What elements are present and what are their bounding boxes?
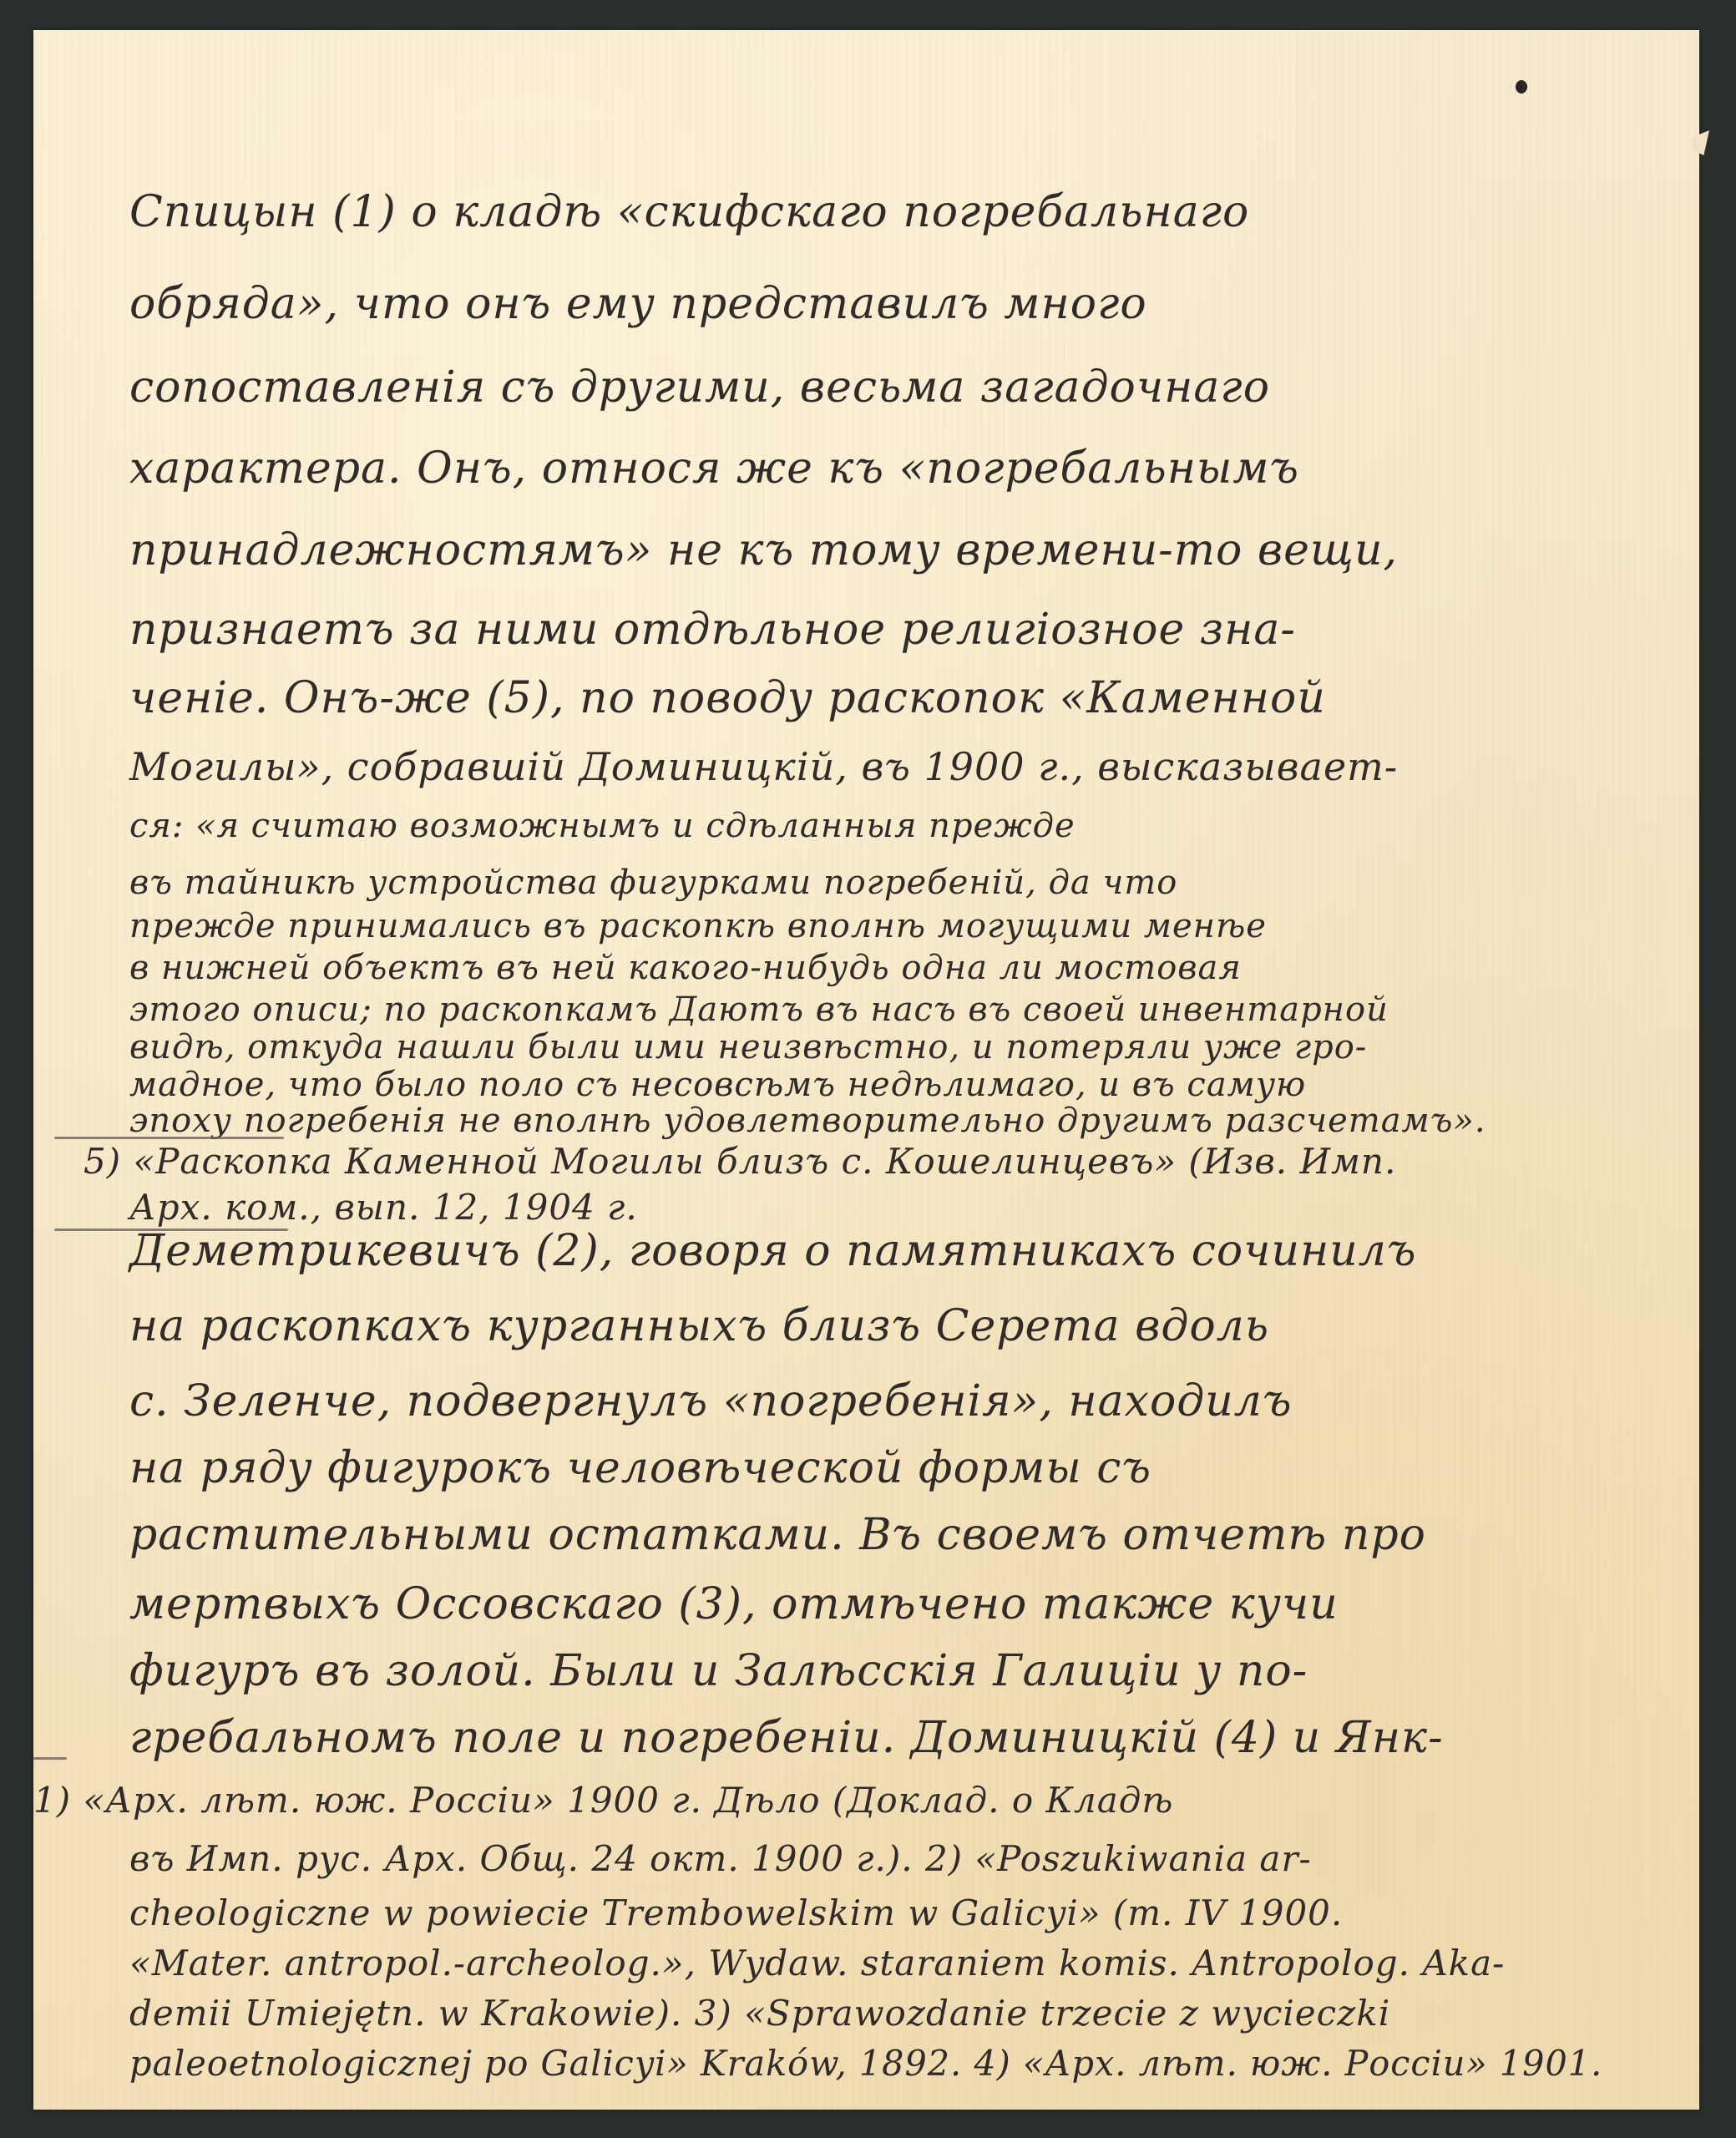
text-line: гребальномъ поле и погребеніи. Доминицкі…	[129, 1713, 1444, 1763]
footnote-line: cheologiczne w powiecie Trembowelskim w …	[129, 1892, 1343, 1933]
paper-tear	[1691, 130, 1709, 155]
text-line: обряда», что онъ ему представилъ много	[129, 279, 1147, 329]
text-line: в нижней объектъ въ ней какого-нибудь од…	[129, 949, 1242, 987]
text-line: Деметрикевичъ (2), говоря о памятникахъ …	[129, 1226, 1417, 1276]
text-line: признаетъ за ними отдѣльное религіозное …	[129, 605, 1296, 655]
text-line: видѣ, откуда нашли были ими неизвѣстно, …	[129, 1028, 1367, 1066]
text-line: на раскопкахъ курганныхъ близъ Серета вд…	[129, 1301, 1269, 1351]
text-line: въ тайникѣ устройства фигурками погребен…	[129, 864, 1177, 902]
text-line: Могилы», собравшій Доминицкій, въ 1900 г…	[129, 744, 1398, 789]
text-line: этого описи; по раскопкамъ Даютъ въ насъ…	[129, 990, 1389, 1029]
text-line: принадлежностямъ» не къ тому времени-то …	[129, 525, 1398, 575]
text-line: фигуръ въ золой. Были и Залѣсскія Галиці…	[129, 1646, 1308, 1696]
footnote-line: «Mater. antropol.-archeolog.», Wydaw. st…	[129, 1943, 1505, 1983]
footnote-line: demii Umiejętn. w Krakowie). 3) «Sprawoz…	[129, 1993, 1390, 2034]
text-line: мадное, что было поло съ несовсѣмъ недѣл…	[129, 1066, 1306, 1104]
text-line: ся: «я считаю возможнымъ и сдѣланныя пре…	[129, 807, 1076, 845]
footnote-line: въ Имп. рус. Арх. Общ. 24 окт. 1900 г.).…	[129, 1838, 1312, 1879]
manuscript-page: Спицын (1) о кладѣ «скифскаго погребальн…	[33, 30, 1699, 2110]
footnote-rule	[54, 1137, 284, 1139]
footnote-rule	[33, 1757, 67, 1760]
text-line: сопоставленія съ другими, весьма загадоч…	[129, 362, 1270, 413]
text-line: прежде принимались въ раскопкѣ вполнѣ мо…	[129, 907, 1267, 945]
text-line: мертвыхъ Оссовскаго (3), отмѣчено также …	[129, 1579, 1339, 1629]
text-line: характера. Онъ, относя же къ «погребальн…	[129, 443, 1299, 494]
footnote-line: 5) «Раскопка Каменной Могилы близъ с. Ко…	[84, 1141, 1396, 1182]
text-line: Спицын (1) о кладѣ «скифскаго погребальн…	[129, 187, 1249, 237]
footnote-line: 1) «Арх. лѣт. юж. Россіи» 1900 г. Дѣло (…	[33, 1780, 1173, 1821]
text-line: ченіе. Онъ-же (5), по поводу раскопок «К…	[129, 673, 1326, 723]
footnote-line: Арх. ком., вып. 12, 1904 г.	[129, 1187, 638, 1228]
text-line: с. Зеленче, подвергнулъ «погребенія», на…	[129, 1376, 1293, 1426]
footnote-line: paleoetnologicznej po Galicyi» Kraków, 1…	[129, 2043, 1602, 2084]
ink-blot	[1516, 80, 1527, 94]
text-line: на ряду фигурокъ человѣческой формы съ	[129, 1443, 1151, 1493]
text-line: эпоху погребенія не вполнѣ удовлетворите…	[129, 1102, 1486, 1140]
text-line: растительными остатками. Въ своемъ отчет…	[129, 1510, 1426, 1560]
